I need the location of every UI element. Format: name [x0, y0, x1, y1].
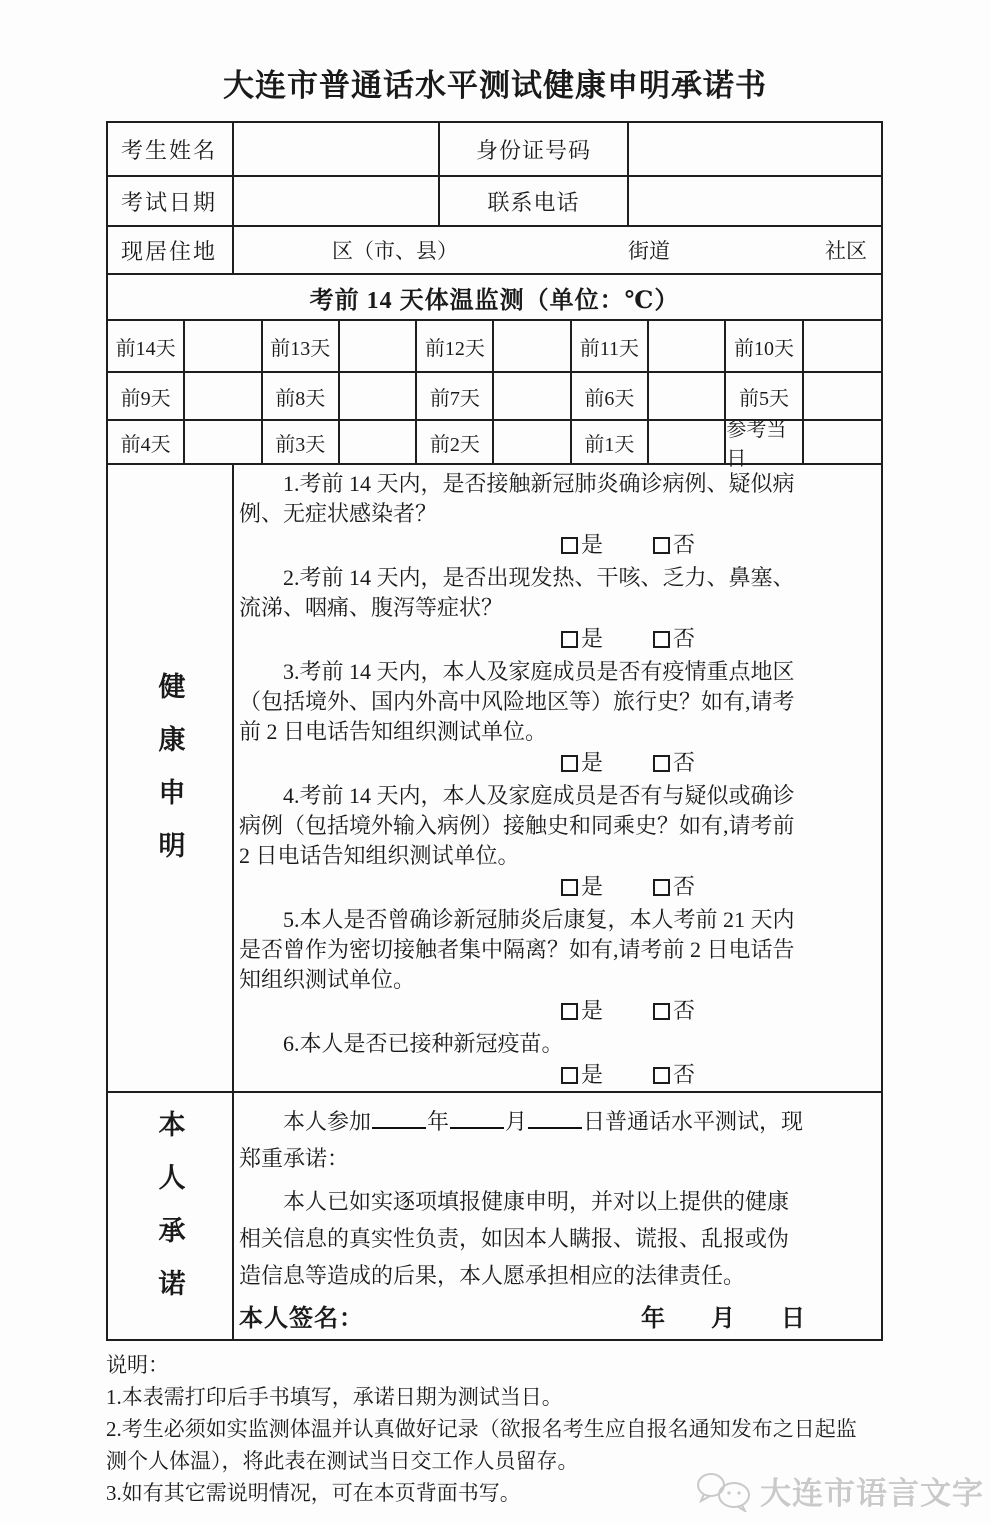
yes-label: 是	[581, 531, 603, 559]
signature-row: 本人签名： 年 月 日	[239, 1298, 877, 1333]
date-year-label: 年	[641, 1298, 665, 1333]
no-checkbox[interactable]	[653, 1003, 670, 1020]
commitment-paragraph: 造信息等造成的后果，本人愿承担相应的法律责任。	[239, 1257, 877, 1294]
temp-value-field[interactable]	[340, 321, 417, 371]
signature-label: 本人签名：	[239, 1298, 364, 1333]
examinee-name-label: 考生姓名	[108, 123, 234, 175]
question-text: 1.考前 14 天内，是否接触新冠肺炎确诊病例、疑似病	[239, 469, 877, 499]
no-label: 否	[673, 873, 695, 901]
examinee-name-field[interactable]	[234, 123, 440, 175]
temp-day-label: 前6天	[572, 373, 649, 419]
district-label: 区（市、县）	[332, 235, 458, 265]
residence-label: 现居住地	[108, 227, 234, 273]
commitment-line-2: 郑重承诺：	[239, 1140, 877, 1177]
yes-option[interactable]: 是	[561, 531, 603, 559]
temp-day-label: 前8天	[263, 373, 340, 419]
no-option[interactable]: 否	[653, 873, 695, 901]
question-text: 3.考前 14 天内，本人及家庭成员是否有疫情重点地区	[239, 657, 877, 687]
info-row-date-phone: 考试日期 联系电话	[108, 177, 881, 227]
date-day-label: 日	[781, 1298, 805, 1333]
month-blank-field[interactable]	[450, 1107, 504, 1129]
signature-date: 年 月 日	[641, 1298, 805, 1333]
temp-value-field[interactable]	[804, 373, 881, 419]
question-5-answers: 是 否	[561, 997, 877, 1025]
temp-day-label: 前14天	[108, 321, 185, 371]
question-text: 是否曾作为密切接触者集中隔离？如有,请考前 2 日电话告	[239, 935, 877, 965]
yes-option[interactable]: 是	[561, 1061, 603, 1089]
commitment-section: 本人承诺 本人参加年月日普通话水平测试，现 郑重承诺： 本人已如实逐项填报健康申…	[108, 1093, 881, 1339]
yes-option[interactable]: 是	[561, 625, 603, 653]
temp-day-label: 前9天	[108, 373, 185, 419]
commitment-section-label: 本人承诺	[151, 1110, 190, 1322]
form-table: 考生姓名 身份证号码 考试日期 联系电话 现居住地 区（市、县） 街道 社区 考…	[106, 121, 883, 1341]
question-3: 3.考前 14 天内，本人及家庭成员是否有疫情重点地区 （包括境外、国内外高中风…	[239, 657, 877, 777]
yes-option[interactable]: 是	[561, 749, 603, 777]
yes-checkbox[interactable]	[561, 537, 578, 554]
temp-day-label: 前10天	[726, 321, 803, 371]
exam-date-field[interactable]	[234, 177, 440, 225]
commitment-text: 本人参加年月日普通话水平测试，现 郑重承诺： 本人已如实逐项填报健康申明，并对以…	[234, 1093, 881, 1339]
residence-field[interactable]: 区（市、县） 街道 社区	[234, 227, 881, 273]
temp-day-label: 前3天	[263, 421, 340, 463]
question-text: 6.本人是否已接种新冠疫苗。	[239, 1029, 877, 1059]
health-questions: 1.考前 14 天内，是否接触新冠肺炎确诊病例、疑似病 例、无症状感染者？ 是 …	[234, 465, 881, 1091]
exam-date-label: 考试日期	[108, 177, 234, 225]
question-2: 2.考前 14 天内，是否出现发热、干咳、乏力、鼻塞、 流涕、咽痛、腹泻等症状？…	[239, 563, 877, 653]
info-row-residence: 现居住地 区（市、县） 街道 社区	[108, 227, 881, 275]
note-item-1: 1.本表需打印后手书填写，承诺日期为测试当日。	[106, 1381, 890, 1413]
yes-label: 是	[581, 873, 603, 901]
temp-value-field[interactable]	[804, 421, 881, 463]
temp-value-field[interactable]	[649, 321, 726, 371]
question-text: 流涕、咽痛、腹泻等症状？	[239, 593, 877, 623]
question-text: 4.考前 14 天内，本人及家庭成员是否有与疑似或确诊	[239, 781, 877, 811]
temp-value-field[interactable]	[494, 321, 571, 371]
temp-value-field[interactable]	[649, 373, 726, 419]
watermark-text: 大连市语言文字	[760, 1468, 984, 1513]
street-label: 街道	[628, 235, 670, 265]
yes-label: 是	[581, 997, 603, 1025]
temp-day-label: 前4天	[108, 421, 185, 463]
yes-label: 是	[581, 749, 603, 777]
yes-label: 是	[581, 1061, 603, 1089]
yes-option[interactable]: 是	[561, 873, 603, 901]
commitment-paragraph: 相关信息的真实性负责，如因本人瞒报、谎报、乱报或伪	[239, 1220, 877, 1257]
health-declaration-section: 健康申明 1.考前 14 天内，是否接触新冠肺炎确诊病例、疑似病 例、无症状感染…	[108, 465, 881, 1093]
no-label: 否	[673, 1061, 695, 1089]
temp-row-1: 前14天 前13天 前12天 前11天 前10天	[108, 321, 881, 373]
temp-value-field[interactable]	[185, 321, 262, 371]
no-label: 否	[673, 625, 695, 653]
commitment-prefix: 本人参加	[283, 1109, 371, 1134]
question-1: 1.考前 14 天内，是否接触新冠肺炎确诊病例、疑似病 例、无症状感染者？ 是 …	[239, 469, 877, 559]
question-4: 4.考前 14 天内，本人及家庭成员是否有与疑似或确诊 病例（包括境外输入病例）…	[239, 781, 877, 901]
no-option[interactable]: 否	[653, 531, 695, 559]
year-blank-field[interactable]	[372, 1107, 426, 1129]
question-text: 5.本人是否曾确诊新冠肺炎后康复，本人考前 21 天内	[239, 905, 877, 935]
temp-value-field[interactable]	[804, 321, 881, 371]
no-checkbox[interactable]	[653, 537, 670, 554]
question-5: 5.本人是否曾确诊新冠肺炎后康复，本人考前 21 天内 是否曾作为密切接触者集中…	[239, 905, 877, 1025]
question-text: 2.考前 14 天内，是否出现发热、干咳、乏力、鼻塞、	[239, 563, 877, 593]
no-option[interactable]: 否	[653, 1061, 695, 1089]
temp-day-label: 前7天	[417, 373, 494, 419]
id-number-field[interactable]	[629, 123, 881, 175]
date-month-label: 月	[711, 1298, 735, 1333]
no-checkbox[interactable]	[653, 879, 670, 896]
question-3-answers: 是 否	[561, 749, 877, 777]
commitment-section-label-cell: 本人承诺	[108, 1093, 234, 1339]
question-6: 6.本人是否已接种新冠疫苗。 是 否	[239, 1029, 877, 1089]
question-6-answers: 是 否	[561, 1061, 877, 1089]
watermark: 大连市语言文字	[692, 1468, 984, 1513]
phone-label: 联系电话	[440, 177, 629, 225]
temp-value-field[interactable]	[649, 421, 726, 463]
document-page: 大连市普通话水平测试健康申明承诺书 考生姓名 身份证号码 考试日期 联系电话 现…	[0, 0, 990, 1523]
no-checkbox[interactable]	[653, 755, 670, 772]
health-section-label: 健康申明	[151, 672, 190, 884]
question-text: 例、无症状感染者？	[239, 499, 877, 529]
no-checkbox[interactable]	[653, 1067, 670, 1084]
no-option[interactable]: 否	[653, 625, 695, 653]
temp-day-label: 参考当日	[726, 421, 803, 463]
yes-checkbox[interactable]	[561, 879, 578, 896]
commitment-line-1: 本人参加年月日普通话水平测试，现	[239, 1103, 877, 1140]
no-option[interactable]: 否	[653, 997, 695, 1025]
temp-day-label: 前13天	[263, 321, 340, 371]
yes-option[interactable]: 是	[561, 997, 603, 1025]
temp-row-3: 前4天 前3天 前2天 前1天 参考当日	[108, 421, 881, 465]
question-2-answers: 是 否	[561, 625, 877, 653]
question-text: 前 2 日电话告知组织测试单位。	[239, 717, 877, 747]
question-text: 2 日电话告知组织测试单位。	[239, 841, 877, 871]
speech-bubbles-icon	[692, 1470, 754, 1512]
temp-day-label: 前12天	[417, 321, 494, 371]
temp-value-field[interactable]	[185, 421, 262, 463]
info-row-name-id: 考生姓名 身份证号码	[108, 123, 881, 177]
yes-checkbox[interactable]	[561, 755, 578, 772]
no-label: 否	[673, 749, 695, 777]
no-checkbox[interactable]	[653, 631, 670, 648]
notes-heading: 说明：	[106, 1349, 890, 1381]
question-text: 知组织测试单位。	[239, 965, 877, 995]
day-blank-field[interactable]	[528, 1107, 582, 1129]
id-number-label: 身份证号码	[440, 123, 629, 175]
question-4-answers: 是 否	[561, 873, 877, 901]
page-title: 大连市普通话水平测试健康申明承诺书	[0, 0, 990, 105]
temp-day-label: 前2天	[417, 421, 494, 463]
month-label: 月	[505, 1109, 527, 1134]
temp-day-label: 前11天	[572, 321, 649, 371]
no-option[interactable]: 否	[653, 749, 695, 777]
temp-value-field[interactable]	[340, 421, 417, 463]
temp-value-field[interactable]	[340, 373, 417, 419]
community-label: 社区	[825, 235, 867, 265]
health-section-label-cell: 健康申明	[108, 465, 234, 1091]
temp-value-field[interactable]	[494, 373, 571, 419]
no-label: 否	[673, 997, 695, 1025]
temperature-section-header: 考前 14 天体温监测（单位：℃）	[108, 275, 881, 321]
phone-field[interactable]	[629, 177, 881, 225]
year-label: 年	[427, 1109, 449, 1134]
yes-label: 是	[581, 625, 603, 653]
yes-checkbox[interactable]	[561, 631, 578, 648]
question-1-answers: 是 否	[561, 531, 877, 559]
question-text: （包括境外、国内外高中风险地区等）旅行史？如有,请考	[239, 687, 877, 717]
temp-value-field[interactable]	[185, 373, 262, 419]
commitment-suffix: 日普通话水平测试，现	[583, 1109, 803, 1134]
temp-value-field[interactable]	[494, 421, 571, 463]
no-label: 否	[673, 531, 695, 559]
yes-checkbox[interactable]	[561, 1003, 578, 1020]
note-item-2: 2.考生必须如实监测体温并认真做好记录（欲报名考生应自报名通知发布之日起监	[106, 1413, 890, 1445]
yes-checkbox[interactable]	[561, 1067, 578, 1084]
temp-day-label: 前1天	[572, 421, 649, 463]
commitment-paragraph: 本人已如实逐项填报健康申明，并对以上提供的健康	[239, 1183, 877, 1220]
question-text: 病例（包括境外输入病例）接触史和同乘史？如有,请考前	[239, 811, 877, 841]
